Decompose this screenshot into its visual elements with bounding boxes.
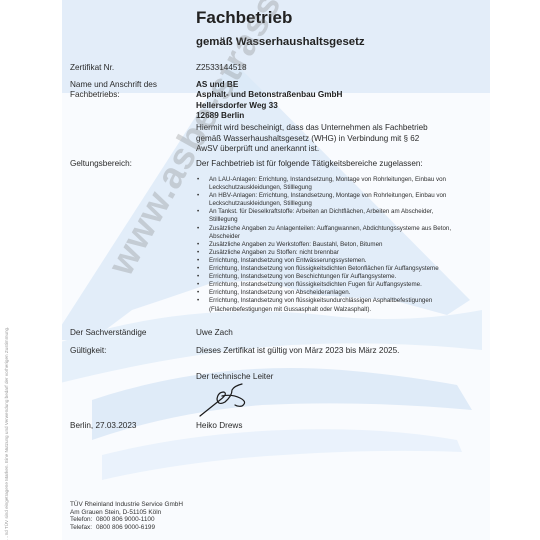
scope-item: •Zusätzliche Angaben zu Anlagenteilen: A… (196, 225, 458, 241)
issuer-address: Am Grauen Stein, D-51105 Köln (70, 509, 183, 517)
expert-name: Uwe Zach (196, 328, 233, 338)
scope-item: •An Tankst. für Dieselkraftstoffe: Arbei… (196, 208, 458, 224)
scope-item: •Errichtung, Instandsetzung von flüssigk… (196, 265, 458, 273)
issuer-phone: Telefon:0800 806 9000-1100 (70, 516, 183, 524)
scope-item-text: An HBV-Anlagen: Errichtung, Instandsetzu… (209, 192, 446, 207)
issuer-fax: Telefax:0800 806 9000-6199 (70, 524, 183, 532)
scope-item-text: Errichtung, Instandsetzung von flüssigke… (209, 297, 432, 312)
scope-item: •Errichtung, Instandsetzung von Entwässe… (196, 257, 458, 265)
signature-icon (198, 382, 256, 418)
scope-item-text: An Tankst. für Dieselkraftstoffe: Arbeit… (209, 208, 433, 223)
scope-item-text: Zusätzliche Angaben zu Stoffen: nicht br… (209, 249, 339, 256)
scope-item: •Errichtung, Instandsetzung von flüssigk… (196, 281, 458, 289)
scope-item: •Errichtung, Instandsetzung von Beschich… (196, 273, 458, 281)
scope-item: •Zusätzliche Angaben zu Werkstoffen: Bau… (196, 241, 458, 249)
bullet-icon: • (197, 249, 199, 257)
scope-label: Geltungsbereich: (70, 159, 132, 169)
validity-label: Gültigkeit: (70, 346, 106, 356)
validity-value: Dieses Zertifikat ist gültig von März 20… (196, 346, 399, 356)
scope-item-text: Zusätzliche Angaben zu Werkstoffen: Baus… (209, 241, 382, 248)
place-date: Berlin, 27.03.2023 (70, 421, 136, 431)
bullet-icon: • (197, 257, 199, 265)
certification-statement: Hiermit wird bescheinigt, dass das Unter… (196, 123, 432, 155)
scope-item: •Errichtung, Instandsetzung von Abscheid… (196, 289, 458, 297)
phone-number: 0800 806 9000-1100 (96, 516, 155, 523)
signatory-role: Der technische Leiter (196, 372, 273, 381)
issuer-org: TÜV Rheinland Industrie Service GmbH (70, 501, 183, 509)
scope-list: •An LAU-Anlagen: Errichtung, Instandsetz… (196, 176, 458, 314)
bullet-icon: • (197, 225, 199, 233)
expert-label: Der Sachverständige (70, 328, 146, 338)
bullet-icon: • (197, 176, 199, 184)
scope-item-text: Zusätzliche Angaben zu Anlagenteilen: Au… (209, 225, 451, 240)
bullet-icon: • (197, 208, 199, 216)
scope-intro: Der Fachbetrieb ist für folgende Tätigke… (196, 159, 423, 168)
certificate-number-label: Zertifikat Nr. (70, 63, 114, 73)
bullet-icon: • (197, 273, 199, 281)
bullet-icon: • (197, 289, 199, 297)
scope-item-text: Errichtung, Instandsetzung von flüssigke… (209, 281, 422, 288)
company-label-line1: Name und Anschrift des (70, 80, 157, 90)
scope-item: •An HBV-Anlagen: Errichtung, Instandsetz… (196, 192, 458, 208)
bullet-icon: • (197, 192, 199, 200)
scope-item: •Zusätzliche Angaben zu Stoffen: nicht b… (196, 249, 458, 257)
bullet-icon: • (197, 281, 199, 289)
fax-label: Telefax: (70, 524, 96, 532)
fax-number: 0800 806 9000-6199 (96, 524, 155, 531)
scope-item: •An LAU-Anlagen: Errichtung, Instandsetz… (196, 176, 458, 192)
phone-label: Telefon: (70, 516, 96, 524)
scope-item-text: Errichtung, Instandsetzung von flüssigke… (209, 265, 439, 272)
company-label-line2: Fachbetriebs: (70, 90, 157, 100)
company-label: Name und Anschrift des Fachbetriebs: (70, 80, 157, 101)
issuer-footer: TÜV Rheinland Industrie Service GmbH Am … (70, 501, 183, 531)
bullet-icon: • (197, 265, 199, 273)
bullet-icon: • (197, 297, 199, 305)
scope-item-text: Errichtung, Instandsetzung von Abscheide… (209, 289, 350, 296)
scope-item-text: Errichtung, Instandsetzung von Beschicht… (209, 273, 396, 280)
trademark-side-note: …nd TÜV sind eingetragene Marken. Eine N… (4, 280, 9, 540)
scope-item: •Errichtung, Instandsetzung von flüssigk… (196, 297, 458, 313)
scope-item-text: Errichtung, Instandsetzung von Entwässer… (209, 257, 367, 264)
bullet-icon: • (197, 241, 199, 249)
signatory-name: Heiko Drews (196, 421, 242, 431)
scope-item-text: An LAU-Anlagen: Errichtung, Instandsetzu… (209, 176, 446, 191)
